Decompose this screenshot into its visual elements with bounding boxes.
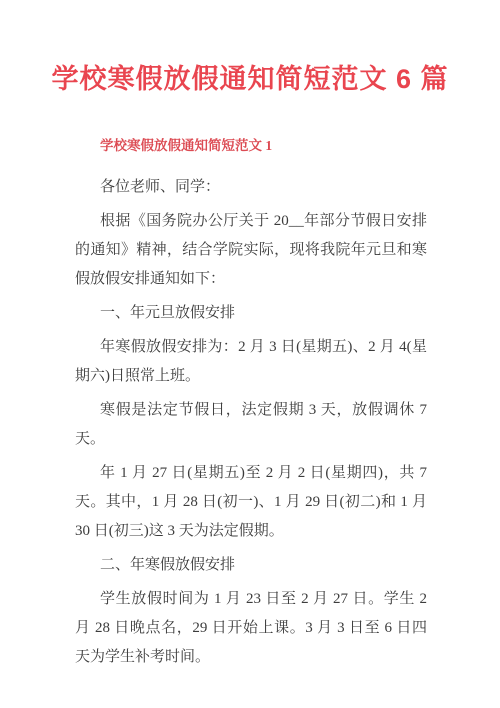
- paragraph-newyear-schedule: 年寒假放假安排为：2 月 3 日(星期五)、2 月 4(星期六)日照常上班。: [75, 333, 427, 391]
- document-body: 学校寒假放假通知简短范文 1 各位老师、同学： 根据《国务院办公厅关于 20__…: [75, 136, 427, 672]
- section-heading: 学校寒假放假通知简短范文 1: [75, 136, 427, 156]
- page-title: 学校寒假放假通知简短范文 6 篇: [20, 62, 480, 96]
- paragraph-subheading-2: 二、年寒假放假安排: [75, 551, 427, 580]
- paragraph-statutory-holiday: 寒假是法定节假日，法定假期 3 天，放假调休 7 天。: [75, 396, 427, 454]
- paragraph-holiday-dates: 年 1 月 27 日(星期五)至 2 月 2 日(星期四)，共 7 天。其中，1…: [75, 459, 427, 546]
- paragraph-greeting: 各位老师、同学：: [75, 173, 427, 202]
- paragraph-subheading-1: 一、年元旦放假安排: [75, 299, 427, 328]
- paragraph-student-schedule: 学生放假时间为 1 月 23 日至 2 月 27 日。学生 2 月 28 日晚点…: [75, 585, 427, 672]
- paragraph-intro: 根据《国务院办公厅关于 20__年部分节假日安排的通知》精神，结合学院实际，现将…: [75, 207, 427, 294]
- document-page: 学校寒假放假通知简短范文 6 篇 学校寒假放假通知简短范文 1 各位老师、同学：…: [0, 0, 500, 708]
